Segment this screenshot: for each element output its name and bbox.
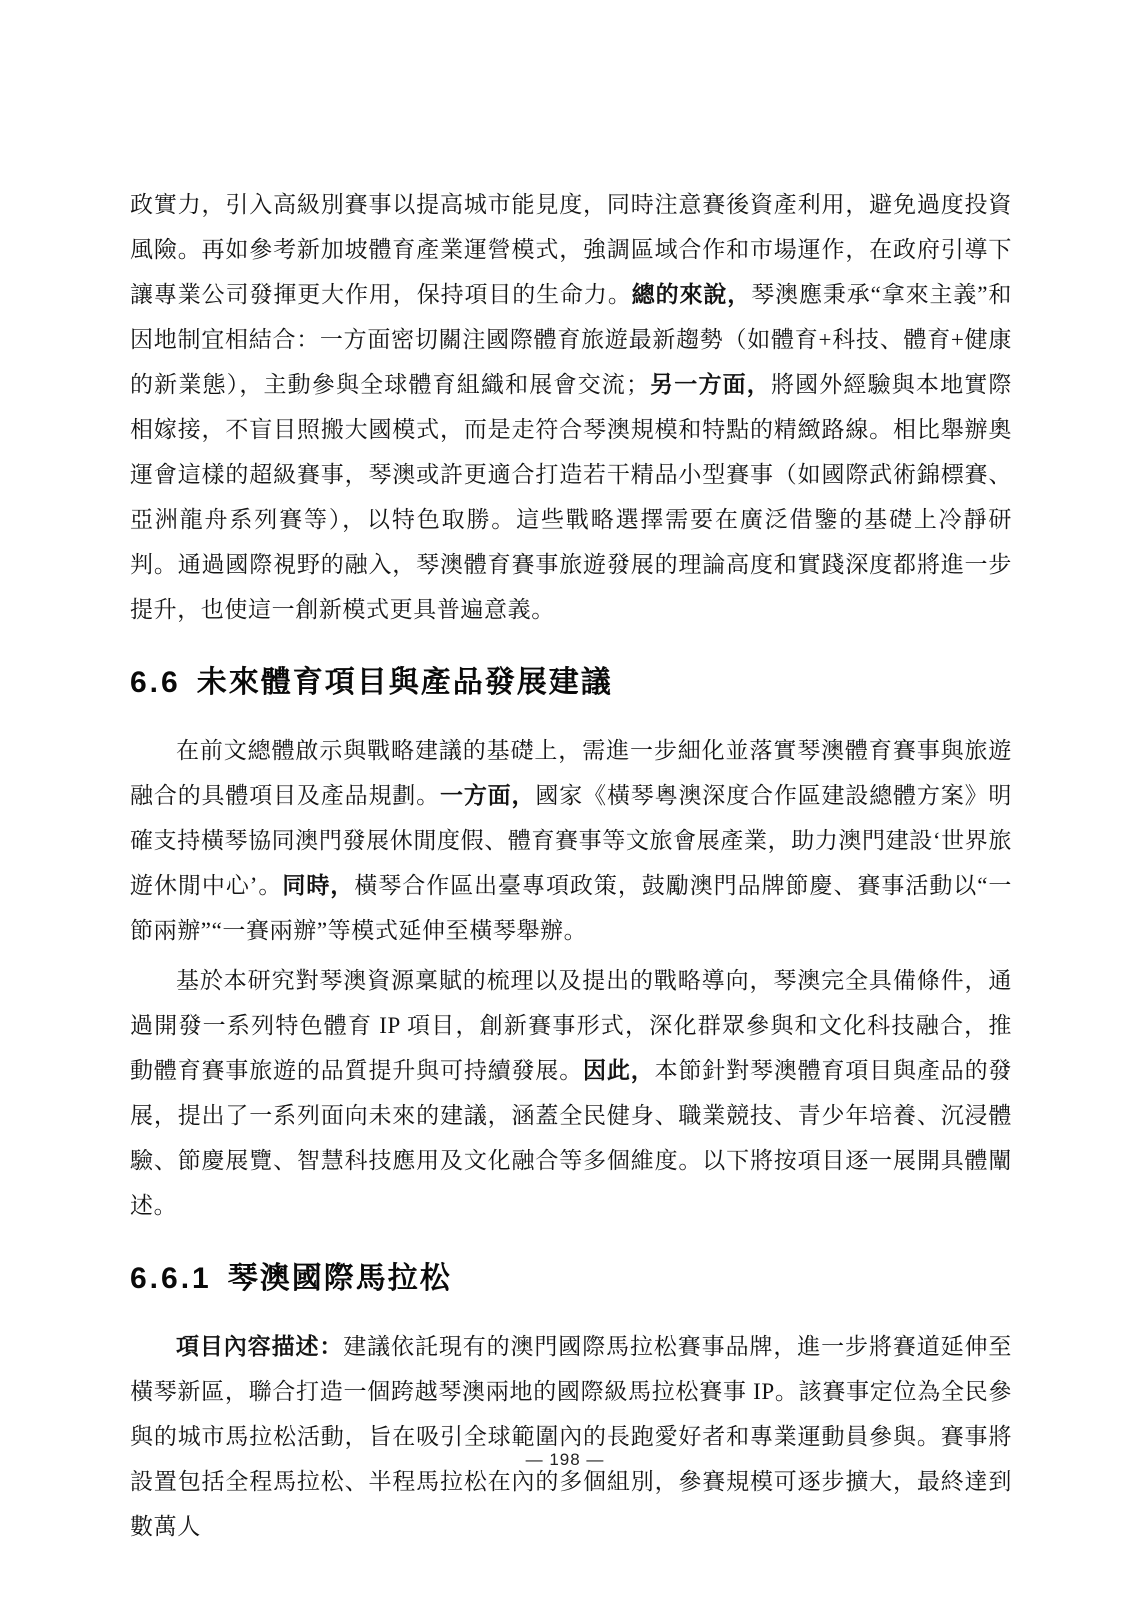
subsection-title: 琴澳國際馬拉松: [228, 1262, 452, 1295]
bold-phrase-another-hand: 另一方面，: [650, 372, 771, 397]
section-heading-6-6: 6.6未來體育項目與產品發展建議: [130, 657, 1012, 701]
bold-phrase-one-hand: 一方面，: [440, 783, 535, 808]
page-number: — 198 —: [0, 1450, 1130, 1470]
paragraph-continuation: 政實力，引入高級別賽事以提高城市能見度，同時注意賽後資產利用，避免過度投資風險。…: [130, 182, 1012, 632]
subsection-number: 6.6.1: [130, 1262, 212, 1295]
bold-phrase-meanwhile: 同時，: [282, 873, 354, 898]
section-number: 6.6: [130, 666, 181, 699]
bold-phrase-total: 總的來說，: [632, 282, 751, 307]
section-title: 未來體育項目與產品發展建議: [197, 666, 613, 699]
bold-label-project-description: 項目內容描述：: [176, 1334, 343, 1359]
paragraph-project-text: 建議依託現有的澳門國際馬拉松賽事品牌，進一步將賽道延伸至橫琴新區，聯合打造一個跨…: [130, 1334, 1012, 1539]
paragraph-basis: 在前文總體啟示與戰略建議的基礎上，需進一步細化並落實琴澳體育賽事與旅遊融合的具體…: [130, 728, 1012, 953]
paragraph-project-description: 項目內容描述：建議依託現有的澳門國際馬拉松賽事品牌，進一步將賽道延伸至橫琴新區，…: [130, 1324, 1012, 1549]
document-page: 政實力，引入高級別賽事以提高城市能見度，同時注意賽後資產利用，避免過度投資風險。…: [0, 0, 1130, 1600]
bold-phrase-therefore: 因此，: [583, 1058, 655, 1083]
section-heading-6-6-1: 6.6.1琴澳國際馬拉松: [130, 1253, 1012, 1297]
paragraph-research: 基於本研究對琴澳資源稟賦的梳理以及提出的戰略導向，琴澳完全具備條件，通過開發一系…: [130, 958, 1012, 1228]
paragraph-continuation-post: 將國外經驗與本地實際相嫁接，不盲目照搬大國模式，而是走符合琴澳規模和特點的精緻路…: [130, 372, 1012, 622]
